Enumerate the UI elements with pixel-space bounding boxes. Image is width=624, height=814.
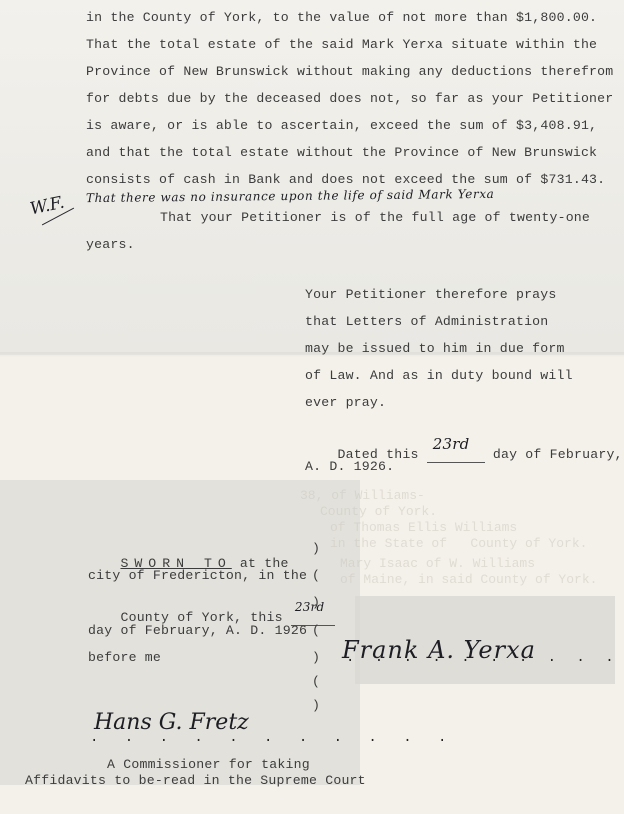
bracket-paren: (	[312, 568, 320, 583]
bleed-through-text: 38, of Williams-	[300, 488, 425, 503]
prayer-line: ever pray.	[305, 395, 386, 410]
bleed-through-text: in the State of County of York.	[330, 536, 587, 551]
bleed-through-text: County of York.	[320, 504, 437, 519]
commissioner-title: A Commissioner for taking	[107, 757, 310, 772]
body-line: and that the total estate without the Pr…	[86, 145, 597, 160]
body-line: for debts due by the deceased does not, …	[86, 91, 613, 106]
document-page: 38, of Williams- County of York. of Thom…	[0, 0, 624, 814]
body-line: in the County of York, to the value of n…	[86, 10, 597, 25]
age-line-end: years.	[86, 237, 135, 252]
bleed-through-text: Mary Isaac of W. Williams	[340, 556, 535, 571]
prayer-line: of Law. And as in duty bound will	[305, 368, 573, 383]
body-line: is aware, or is able to ascertain, excee…	[86, 118, 597, 133]
bracket-paren: )	[312, 698, 320, 713]
dated-year: A. D. 1926.	[305, 459, 394, 474]
body-line: That the total estate of the said Mark Y…	[86, 37, 597, 52]
prayer-line: that Letters of Administration	[305, 314, 548, 329]
dated-day-handwritten: 23rd	[433, 435, 470, 453]
prayer-line: Your Petitioner therefore prays	[305, 287, 557, 302]
body-line: Province of New Brunswick without making…	[86, 64, 613, 79]
commissioner-signature-dotted-line: . . . . . . . . . . .	[90, 730, 455, 746]
sworn-line-4: day of February, A. D. 1926	[88, 623, 307, 638]
sworn-line-2: city of Fredericton, in the	[88, 568, 307, 583]
bracket-paren: )	[312, 595, 320, 610]
bracket-paren: )	[312, 650, 320, 665]
bracket-paren: (	[312, 674, 320, 689]
bleed-through-text: of Thomas Ellis Williams	[330, 520, 517, 535]
body-line: consists of cash in Bank and does not ex…	[86, 172, 605, 187]
dated-suffix: day of February,	[485, 447, 623, 462]
commissioner-title: Affidavits to be-read in the Supreme Cou…	[25, 773, 366, 788]
prayer-line: may be issued to him in due form	[305, 341, 565, 356]
sworn-line-5: before me	[88, 650, 161, 665]
dated-day-blank: 23rd	[427, 447, 485, 463]
petitioner-signature-dotted-line: . . . . . . . . . . . . .	[346, 650, 624, 666]
bracket-paren: (	[312, 623, 320, 638]
sworn-day-handwritten: 23rd	[295, 600, 325, 614]
bleed-through-text: of Maine, in said County of York.	[340, 572, 597, 587]
bracket-paren: )	[312, 541, 320, 556]
age-line: That your Petitioner is of the full age …	[160, 210, 590, 225]
